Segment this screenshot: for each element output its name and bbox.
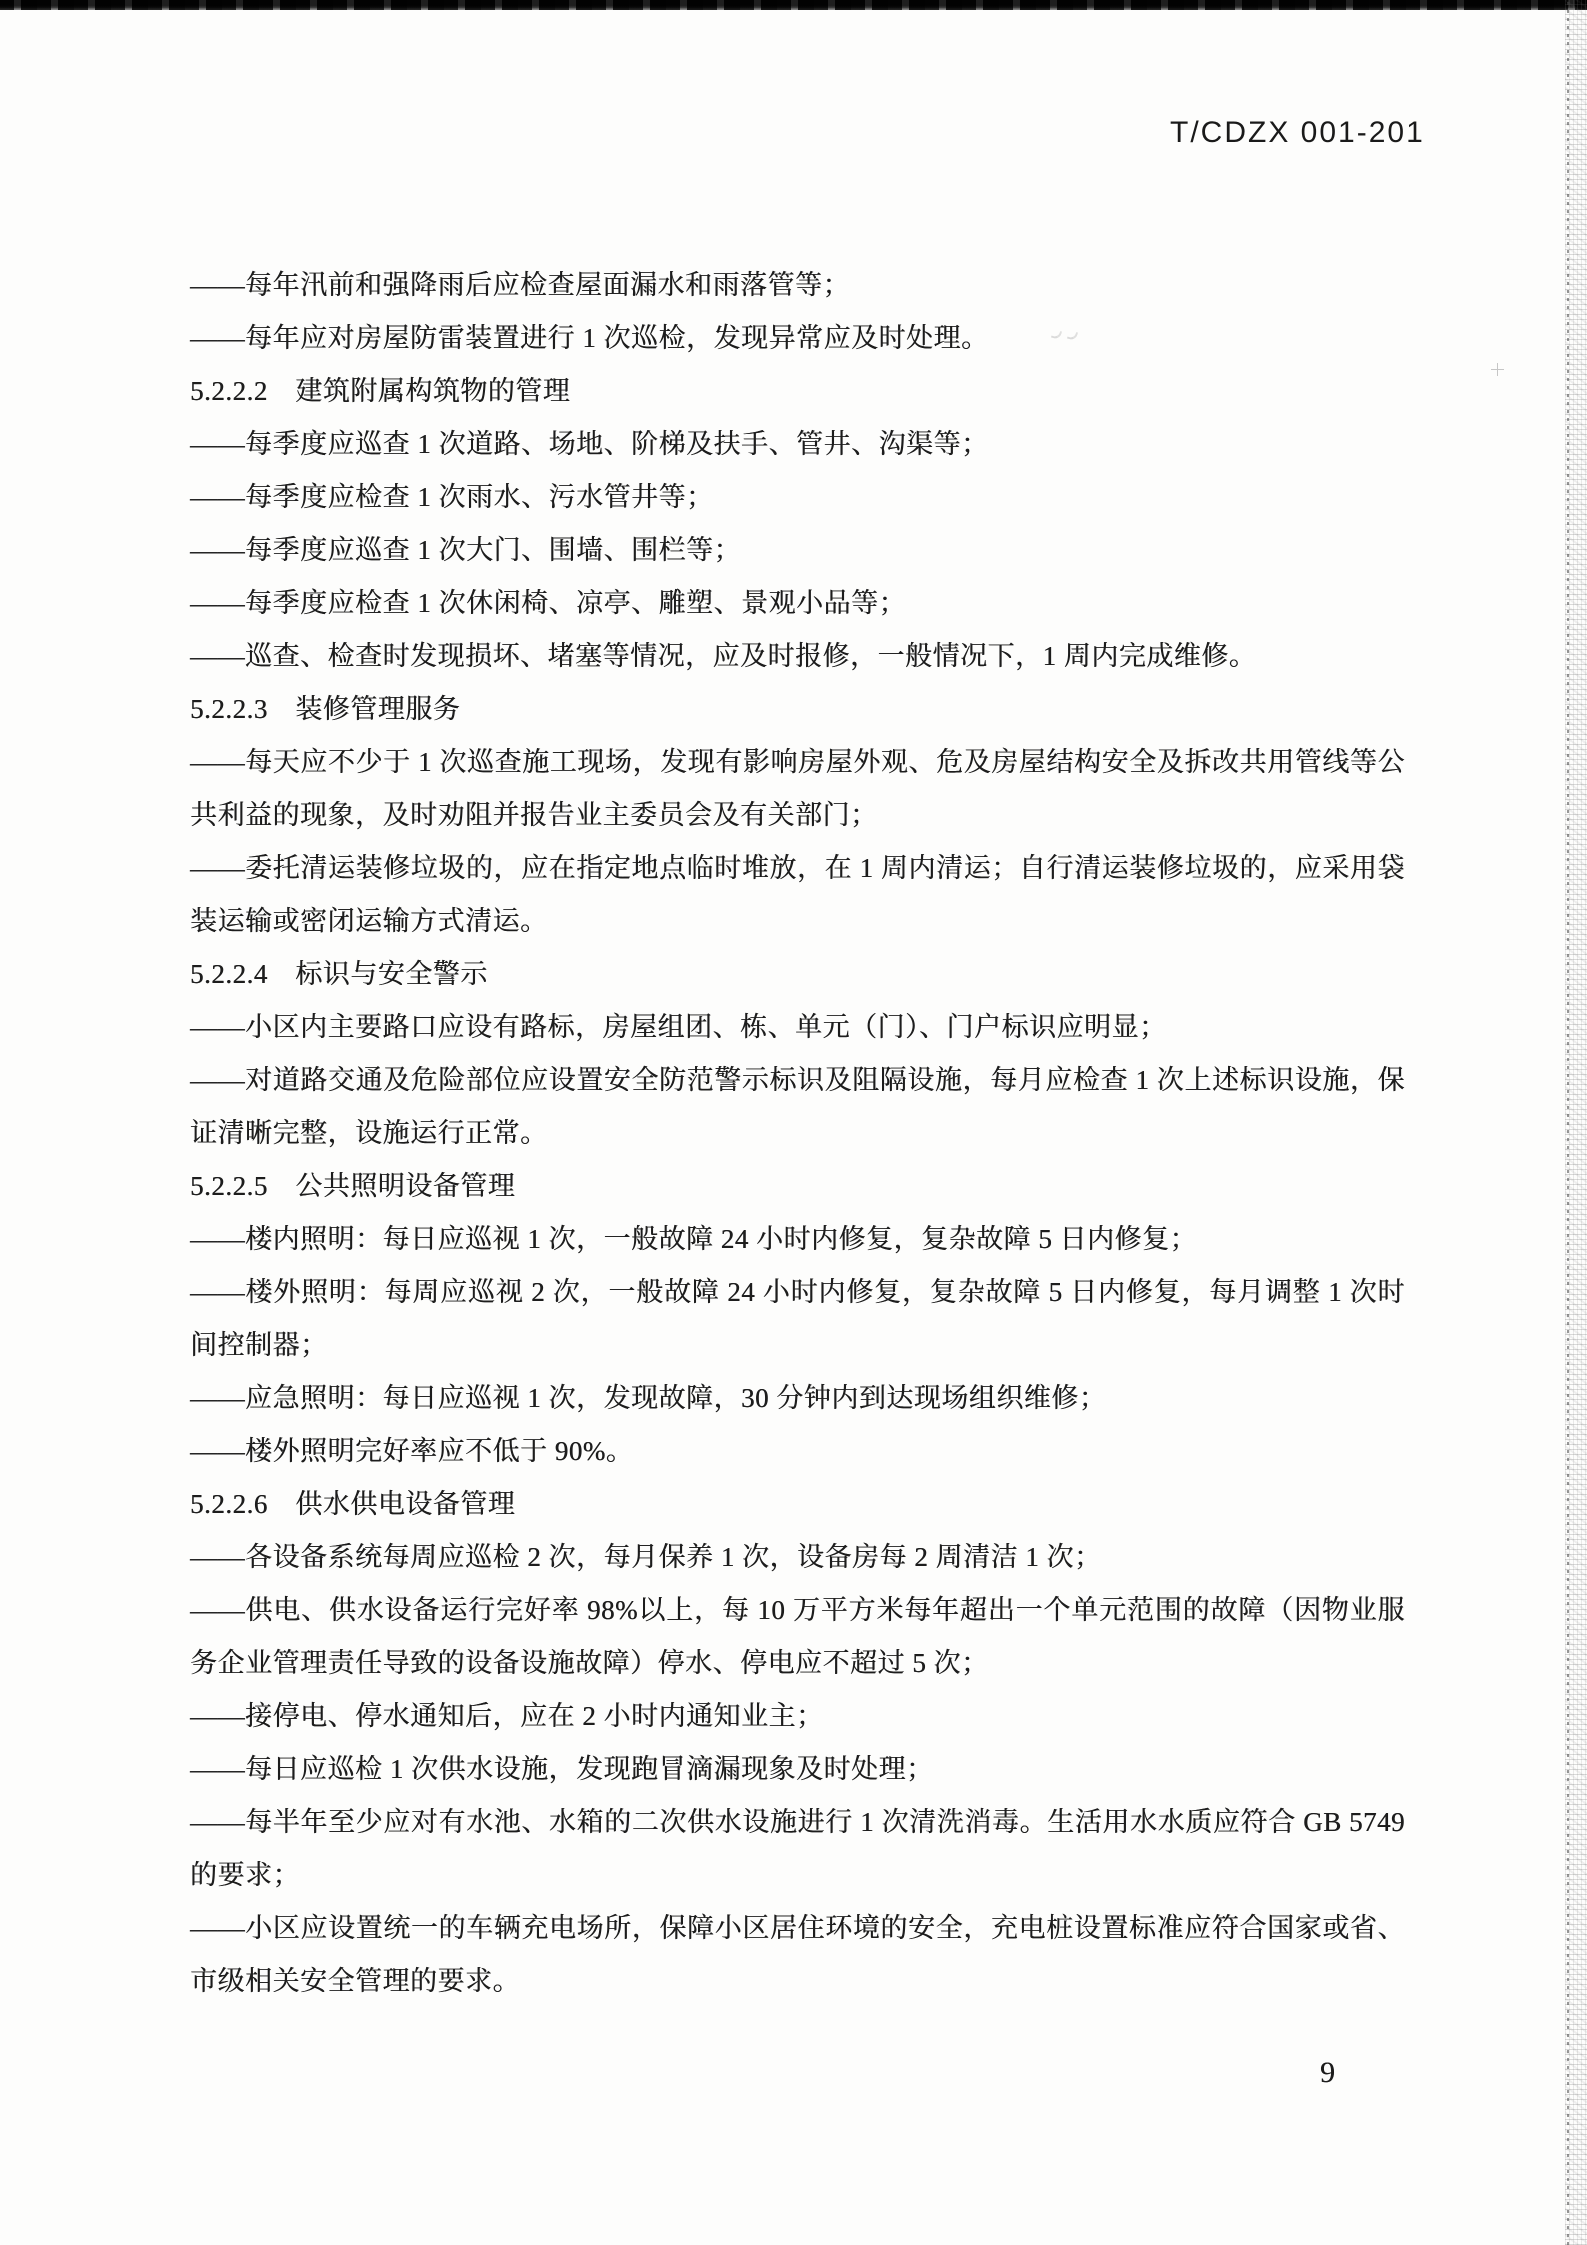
section-heading: 5.2.2.6 供水供电设备管理 — [190, 1478, 1405, 1531]
list-item: ——委托清运装修垃圾的，应在指定地点临时堆放，在 1 周内清运；自行清运装修垃圾… — [190, 842, 1405, 948]
list-item: ——每年汛前和强降雨后应检查屋面漏水和雨落管等； — [190, 259, 1405, 312]
page-number: 9 — [1320, 2056, 1335, 2090]
list-item: ——每年应对房屋防雷装置进行 1 次巡检，发现异常应及时处理。 — [190, 312, 1405, 365]
list-item: ——楼外照明完好率应不低于 90%。 — [190, 1425, 1405, 1478]
document-page: T/CDZX 001-201 ——每年汛前和强降雨后应检查屋面漏水和雨落管等； … — [0, 0, 1587, 2245]
list-item: ——每天应不少于 1 次巡查施工现场，发现有影响房屋外观、危及房屋结构安全及拆改… — [190, 736, 1405, 842]
list-item: ——小区应设置统一的车辆充电场所，保障小区居住环境的安全，充电桩设置标准应符合国… — [190, 1902, 1405, 2008]
list-item: ——应急照明：每日应巡视 1 次，发现故障，30 分钟内到达现场组织维修； — [190, 1372, 1405, 1425]
scan-dotline-artifact — [1567, 0, 1569, 2245]
scan-edge-top-artifact — [0, 0, 1587, 10]
list-item: ——每半年至少应对有水池、水箱的二次供水设施进行 1 次清洗消毒。生活用水水质应… — [190, 1796, 1405, 1902]
standard-number-header: T/CDZX 001-201 — [1170, 116, 1425, 150]
list-item: ——每季度应巡查 1 次道路、场地、阶梯及扶手、管井、沟渠等； — [190, 418, 1405, 471]
list-item: ——对道路交通及危险部位应设置安全防范警示标识及阻隔设施，每月应检查 1 次上述… — [190, 1054, 1405, 1160]
list-item: ——楼内照明：每日应巡视 1 次，一般故障 24 小时内修复，复杂故障 5 日内… — [190, 1213, 1405, 1266]
section-heading: 5.2.2.2 建筑附属构筑物的管理 — [190, 365, 1405, 418]
list-item: ——每季度应检查 1 次雨水、污水管井等； — [190, 471, 1405, 524]
list-item: ——每季度应巡查 1 次大门、围墙、围栏等； — [190, 524, 1405, 577]
section-heading: 5.2.2.4 标识与安全警示 — [190, 948, 1405, 1001]
section-heading: 5.2.2.5 公共照明设备管理 — [190, 1160, 1405, 1213]
list-item: ——各设备系统每周应巡检 2 次，每月保养 1 次，设备房每 2 周清洁 1 次… — [190, 1531, 1405, 1584]
section-heading: 5.2.2.3 装修管理服务 — [190, 683, 1405, 736]
document-body: ——每年汛前和强降雨后应检查屋面漏水和雨落管等； ——每年应对房屋防雷装置进行 … — [190, 259, 1405, 2008]
scan-noise-right-artifact — [1565, 0, 1587, 2245]
list-item: ——每季度应检查 1 次休闲椅、凉亭、雕塑、景观小品等； — [190, 577, 1405, 630]
list-item: ——接停电、停水通知后，应在 2 小时内通知业主； — [190, 1690, 1405, 1743]
plus-mark-artifact — [1491, 363, 1504, 376]
list-item: ——小区内主要路口应设有路标，房屋组团、栋、单元（门）、门户标识应明显； — [190, 1001, 1405, 1054]
list-item: ——巡查、检查时发现损坏、堵塞等情况，应及时报修，一般情况下，1 周内完成维修。 — [190, 630, 1405, 683]
list-item: ——楼外照明：每周应巡视 2 次，一般故障 24 小时内修复，复杂故障 5 日内… — [190, 1266, 1405, 1372]
list-item: ——每日应巡检 1 次供水设施，发现跑冒滴漏现象及时处理； — [190, 1743, 1405, 1796]
list-item: ——供电、供水设备运行完好率 98%以上，每 10 万平方米每年超出一个单元范围… — [190, 1584, 1405, 1690]
